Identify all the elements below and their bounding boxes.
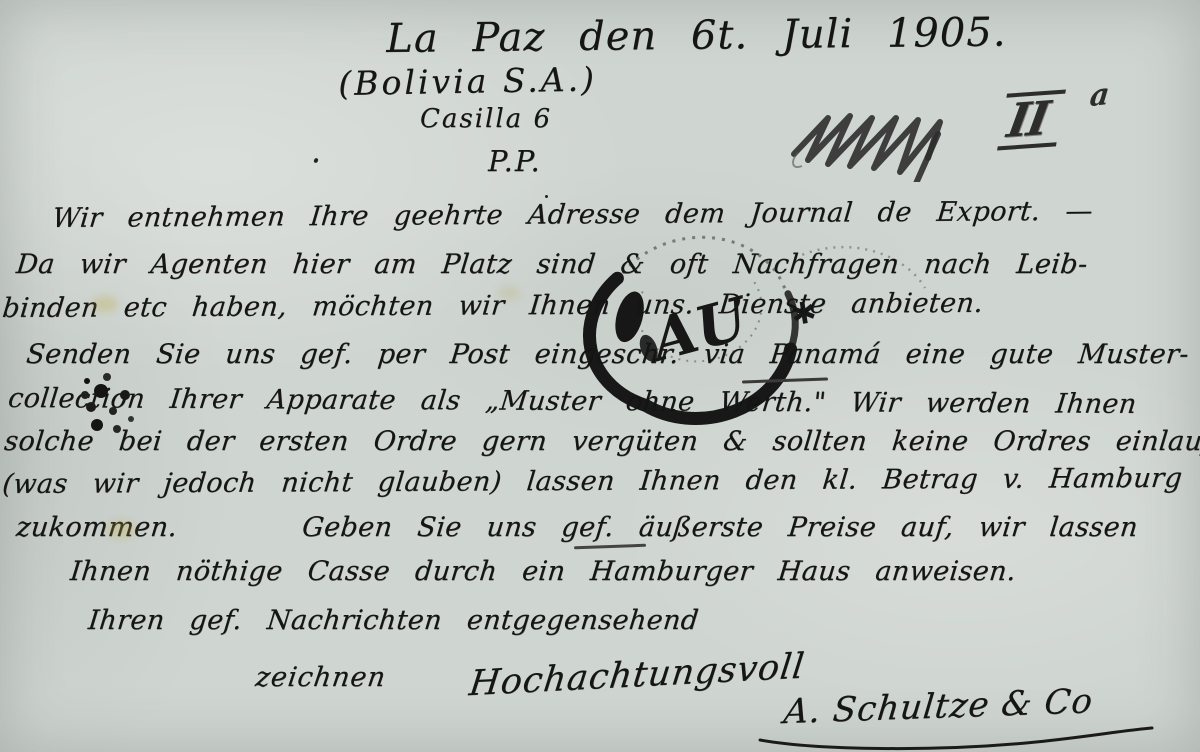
body-line: Da wir Agenten hier am Platz sind & oft … (15, 249, 1090, 280)
postcard-letter: La Paz den 6t. Juli 1905. (Bolivia S.A.)… (0, 0, 1200, 752)
ink-blot (84, 378, 90, 384)
paper-stain (106, 520, 136, 538)
body-line: Senden Sie uns gef. per Post eingeschr. … (25, 339, 1191, 370)
date-line: La Paz den 6t. Juli 1905. (386, 10, 1007, 62)
body-line: zukommen. Geben Sie uns gef. äußerste Pr… (15, 512, 1140, 543)
body-line: solche bei der ersten Ordre gern vergüte… (3, 426, 1200, 457)
paper-stain (92, 296, 118, 312)
body-line: Ihnen nöthige Casse durch ein Hamburger … (69, 556, 1018, 587)
body-line: Wir entnehmen Ihre geehrte Adresse dem J… (51, 196, 1094, 234)
body-line: Ihren gef. Nachrichten entgegensehend (87, 605, 701, 636)
salutation: P.P. (488, 144, 542, 178)
annotation-numeral: II (997, 90, 1066, 151)
body-line: (was wir jedoch nicht glauben) lassen Ih… (1, 463, 1184, 500)
valediction: Hochachtungsvoll (467, 646, 807, 704)
signature: A. Schultze & Co (782, 681, 1095, 732)
pencil-scribble-icon (788, 92, 1018, 182)
body-line: binden etc haben, möchten wir Ihnen uns.… (1, 288, 985, 324)
ink-speck (545, 195, 548, 198)
underline-mark (574, 544, 646, 550)
paper-stain (498, 286, 520, 300)
po-box-line: Casilla 6 (420, 104, 552, 134)
signature-flourish-icon (756, 726, 1156, 752)
country-line: (Bolivia S.A.) (338, 59, 597, 103)
annotation-superscript: a (1088, 77, 1111, 115)
ink-speck (313, 157, 319, 163)
body-line: collection Ihrer Apparate als „Muster oh… (7, 383, 1139, 420)
closing-zeichnen: zeichnen (254, 662, 388, 693)
